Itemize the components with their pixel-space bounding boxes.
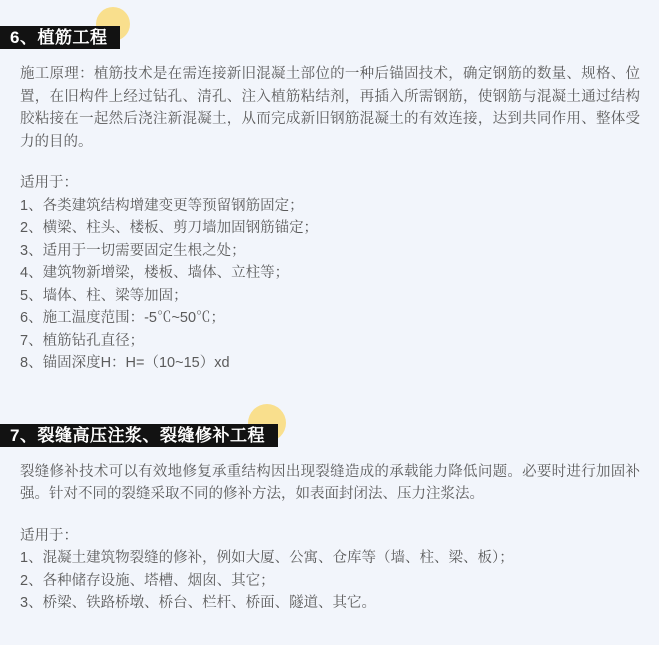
section-title-rebar: 6、植筋工程 — [0, 26, 120, 49]
list-item: 1、混凝土建筑物裂缝的修补，例如大厦、公寓、仓库等（墙、柱、梁、板）； — [20, 547, 640, 570]
list-item: 1、各类建筑结构增建变更等预留钢筋固定； — [20, 195, 640, 218]
section-crack-repair: 7、裂缝高压注浆、裂缝修补工程 裂缝修补技术可以有效地修复承重结构因出现裂缝造成… — [0, 375, 659, 615]
list-item: 8、锚固深度H：H=（10~15）xd — [20, 352, 640, 375]
rebar-usage-list: 1、各类建筑结构增建变更等预留钢筋固定； 2、横梁、柱头、楼板、剪刀墙加固钢筋锚… — [20, 195, 640, 375]
list-item: 3、桥梁、铁路桥墩、桥台、栏杆、桥面、隧道、其它。 — [20, 592, 640, 615]
list-item: 4、建筑物新增梁，楼板、墙体、立柱等； — [20, 262, 640, 285]
crack-repair-paragraph: 裂缝修补技术可以有效地修复承重结构因出现裂缝造成的承载能力降低问题。必要时进行加… — [20, 461, 640, 506]
crack-usage-label: 适用于： — [20, 525, 639, 548]
list-item: 6、施工温度范围：-5℃~50℃； — [20, 307, 640, 330]
rebar-usage-label: 适用于： — [20, 172, 639, 195]
list-item: 7、植筋钻孔直径； — [20, 330, 640, 353]
crack-usage-list: 1、混凝土建筑物裂缝的修补，例如大厦、公寓、仓库等（墙、柱、梁、板）； 2、各种… — [20, 547, 640, 615]
section-rebar-planting: 6、植筋工程 施工原理：植筋技术是在需连接新旧混凝土部位的一种后锚固技术，确定钢… — [0, 0, 659, 375]
section-title-crack: 7、裂缝高压注浆、裂缝修补工程 — [0, 424, 278, 447]
document-page: 6、植筋工程 施工原理：植筋技术是在需连接新旧混凝土部位的一种后锚固技术，确定钢… — [0, 0, 659, 645]
list-item: 2、各种储存设施、塔槽、烟囱、其它； — [20, 570, 640, 593]
list-item: 5、墙体、柱、梁等加固； — [20, 285, 640, 308]
list-item: 2、横梁、柱头、楼板、剪刀墙加固钢筋锚定； — [20, 217, 640, 240]
rebar-principle-paragraph: 施工原理：植筋技术是在需连接新旧混凝土部位的一种后锚固技术，确定钢筋的数量、规格… — [20, 63, 640, 153]
list-item: 3、适用于一切需要固定生根之处； — [20, 240, 640, 263]
